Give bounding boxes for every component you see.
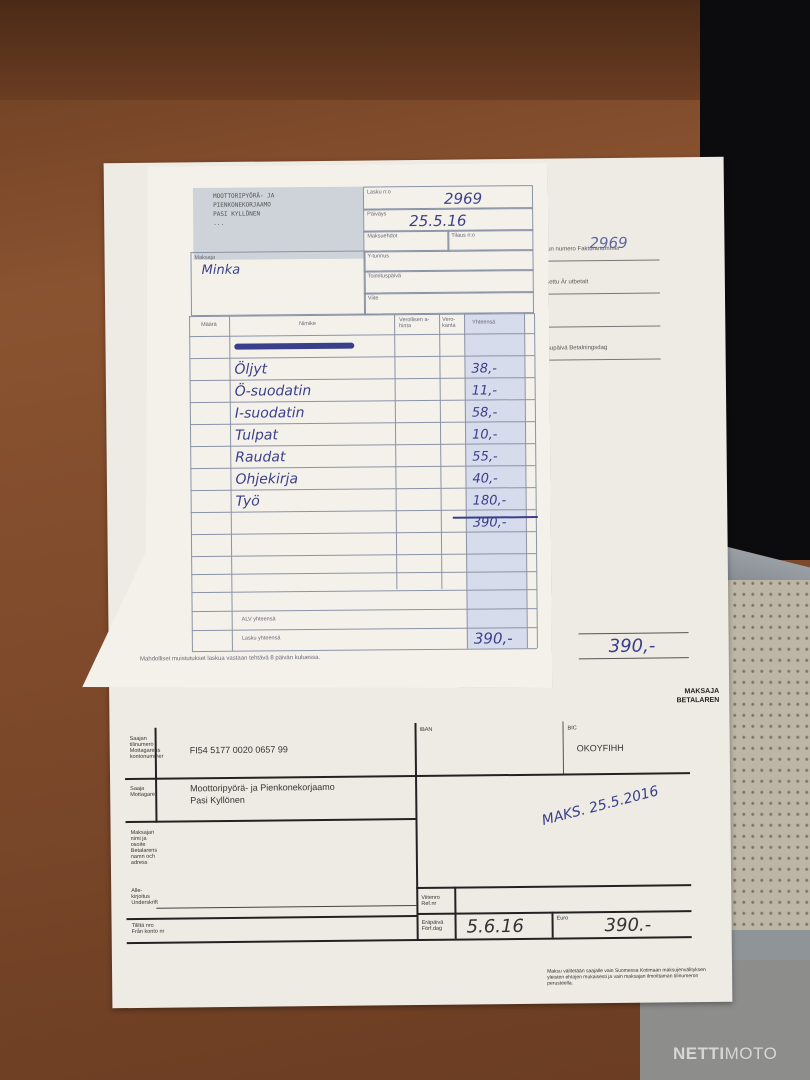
bic-value: OKOYFIHH (577, 743, 624, 753)
stub-total: 390,- (609, 636, 656, 657)
stub-invoice-no: 2969 (589, 234, 627, 252)
line-item-amount: 38,- (471, 361, 497, 376)
line-item-desc: Ohjekirja (235, 471, 298, 488)
line-items-table: Määrä Nimike Verollisen a-hinta Vero-kan… (189, 313, 537, 651)
line-item-desc: Ö-suodatin (235, 383, 312, 400)
bank-giro-slip: SaajantilinumeroMottagarenskontonummer F… (124, 712, 706, 948)
line-item-desc: Tulpat (235, 427, 278, 443)
bic-label: BIC (568, 725, 577, 731)
crossed-out-entry (234, 343, 354, 350)
payer-label: Maksajannimi jaosoiteBetalarensnamn ocha… (131, 830, 158, 866)
amount: 390.- (604, 915, 651, 936)
recipient-name: Minka (202, 263, 241, 278)
line-item-desc: Työ (236, 493, 260, 509)
account-label: SaajantilinumeroMottagarenskontonummer (130, 736, 164, 760)
stub-field-3: Maksupäivä Betalningsdag (535, 326, 660, 360)
line-item-amount: 40,- (472, 471, 498, 486)
terms-note: Maksu välitetään saajalle vain Suomessa … (547, 967, 707, 987)
invoice-date: 25.5.16 (409, 212, 466, 230)
invoice-no: 2969 (444, 190, 482, 208)
invoice-front-sheet: MOOTTORIPYÖRÄ- JA PIENKONEKORJAAMO PASI … (78, 163, 553, 692)
subtotal: 390,- (473, 515, 507, 530)
metal-rail-lower (730, 930, 810, 960)
euro-label: Euro (556, 915, 568, 921)
col-total-header: Yhteensä (472, 319, 495, 325)
line-item-amount: 58,- (472, 405, 498, 420)
reference-label: ViitenroRef.nr (421, 895, 440, 907)
payer-title: MAKSAJA BETALAREN (629, 687, 719, 706)
iban-label: IBAN (420, 727, 433, 733)
signature-label: Alle-kirjoitusUnderskrift (131, 888, 158, 906)
col-vat-pct-header: Vero-kanta (442, 317, 462, 329)
due-date: 5.6.16 (467, 916, 524, 938)
line-item-amount: 55,- (472, 449, 498, 464)
line-item-desc: Raudat (235, 449, 285, 465)
account-number: FI54 5177 0020 0657 99 (190, 744, 288, 755)
col-qty-header: Määrä (201, 322, 217, 328)
vat-total-label: ALV yhteensä (242, 616, 276, 622)
line-item-amount: 180,- (473, 493, 507, 508)
recipient-label: SaajaMottagare (130, 786, 155, 798)
invoice-total-label: Lasku yhteensä (242, 635, 281, 641)
stub-field-2: Maksettu Är utbetalt (535, 260, 660, 294)
recipient-name: Moottoripyörä- ja PienkonekorjaamoPasi K… (190, 781, 335, 807)
nettimoto-watermark: NETTIMOTO (673, 1044, 777, 1064)
stub-field-blank (535, 293, 660, 327)
line-item-amount: 10,- (472, 427, 498, 442)
col-desc-header: Nimike (299, 321, 316, 327)
line-item-desc: Öljyt (234, 361, 267, 377)
table-edge (0, 0, 810, 100)
reference-field: Viite (364, 291, 534, 314)
stub-total-box: 390,- (579, 632, 689, 659)
from-account-label: Tililtä nroFrån konto nr (132, 923, 165, 935)
invoice-footer-note: Mahdolliset muistutukset laskua vastaan … (140, 655, 320, 663)
line-item-amount: 11,- (472, 383, 498, 398)
recipient-field: Maksaja Minka (190, 251, 366, 317)
line-item-desc: I-suodatin (235, 405, 305, 422)
invoice-stub: Laskun numero Fakturanummer 2969 Maksett… (534, 227, 660, 360)
due-date-label: EräpäiväFörf.dag (422, 920, 444, 932)
invoice-total: 390,- (474, 629, 513, 647)
stub-invoice-no-field: Laskun numero Fakturanummer 2969 (534, 227, 659, 261)
col-vat-header: Verollisen a-hinta (399, 317, 437, 329)
sender-stamp: MOOTTORIPYÖRÄ- JA PIENKONEKORJAAMO PASI … (193, 187, 364, 260)
